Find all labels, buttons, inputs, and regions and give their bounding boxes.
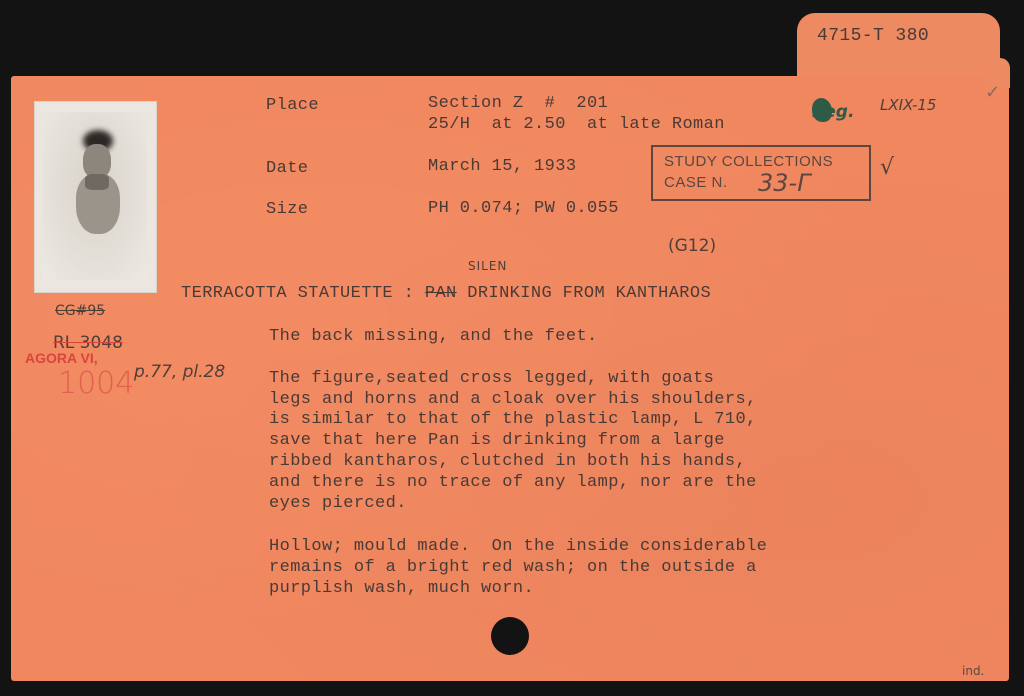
catalog-number: 4715-T 380 [817, 26, 929, 46]
corner-note: ind. [962, 664, 984, 678]
agora-reference: p.77, pl.28 [134, 362, 225, 382]
label-date: Date [266, 159, 308, 178]
stamp-line-1: STUDY COLLECTIONS [664, 153, 833, 170]
size-value: PH 0.074; PW 0.055 [428, 199, 619, 218]
stamp-case-number: 33-Γ [758, 169, 811, 197]
paragraph-2-line: is similar to that of the plastic lamp, … [269, 410, 757, 429]
red-inventory-number: 1004 [58, 366, 134, 401]
group-code: (G12) [668, 236, 716, 256]
date-value: March 15, 1933 [428, 157, 576, 176]
object-title: TERRACOTTA STATUETTE : PAN DRINKING FROM… [181, 284, 711, 303]
label-place: Place [266, 96, 319, 115]
label-size: Size [266, 200, 308, 219]
title-suffix: DRINKING FROM KANTHAROS [457, 284, 711, 303]
paragraph-3-line: purplish wash, much worn. [269, 579, 534, 598]
title-prefix: TERRACOTTA STATUETTE : [181, 284, 425, 303]
statuette-photo[interactable] [34, 101, 157, 293]
paragraph-2-line: save that here Pan is drinking from a la… [269, 431, 725, 450]
check-mark-icon: ✓ [985, 82, 1000, 103]
figurine-kantharos [85, 174, 109, 190]
agora-stamp: AGORA VI, [25, 350, 98, 366]
punch-hole [491, 617, 529, 655]
title-struck-word: PAN [425, 284, 457, 303]
tab-cutout [760, 40, 800, 76]
description-paragraph-1: The back missing, and the feet. [269, 327, 598, 346]
date-note: LXIX-15 [880, 96, 936, 114]
photo-image-icon [43, 112, 147, 280]
place-line-1: Section Z # 201 [428, 94, 608, 113]
paragraph-3-line: remains of a bright red wash; on the out… [269, 558, 757, 577]
study-collections-stamp: STUDY COLLECTIONS CASE N. 33-Γ [651, 145, 871, 201]
paragraph-2-line: eyes pierced. [269, 494, 407, 513]
paragraph-2-line: and there is no trace of any lamp, nor a… [269, 473, 757, 492]
paragraph-2-line: ribbed kantharos, clutched in both his h… [269, 452, 746, 471]
paragraph-2-line: legs and horns and a cloak over his shou… [269, 390, 757, 409]
title-correction: SILEN [468, 259, 507, 273]
paragraph-2-line: The figure,seated cross legged, with goa… [269, 369, 714, 388]
reg-mark: Reg. [812, 102, 854, 122]
figurine-head [83, 144, 111, 178]
place-line-2: 25/H at 2.50 at late Roman [428, 115, 725, 134]
stamp-check-icon: √ [880, 155, 894, 180]
stamp-case-label: CASE N. [664, 174, 728, 191]
paragraph-3-line: Hollow; mould made. On the inside consid… [269, 537, 767, 556]
struck-cg-number: CG#95 [55, 303, 105, 319]
